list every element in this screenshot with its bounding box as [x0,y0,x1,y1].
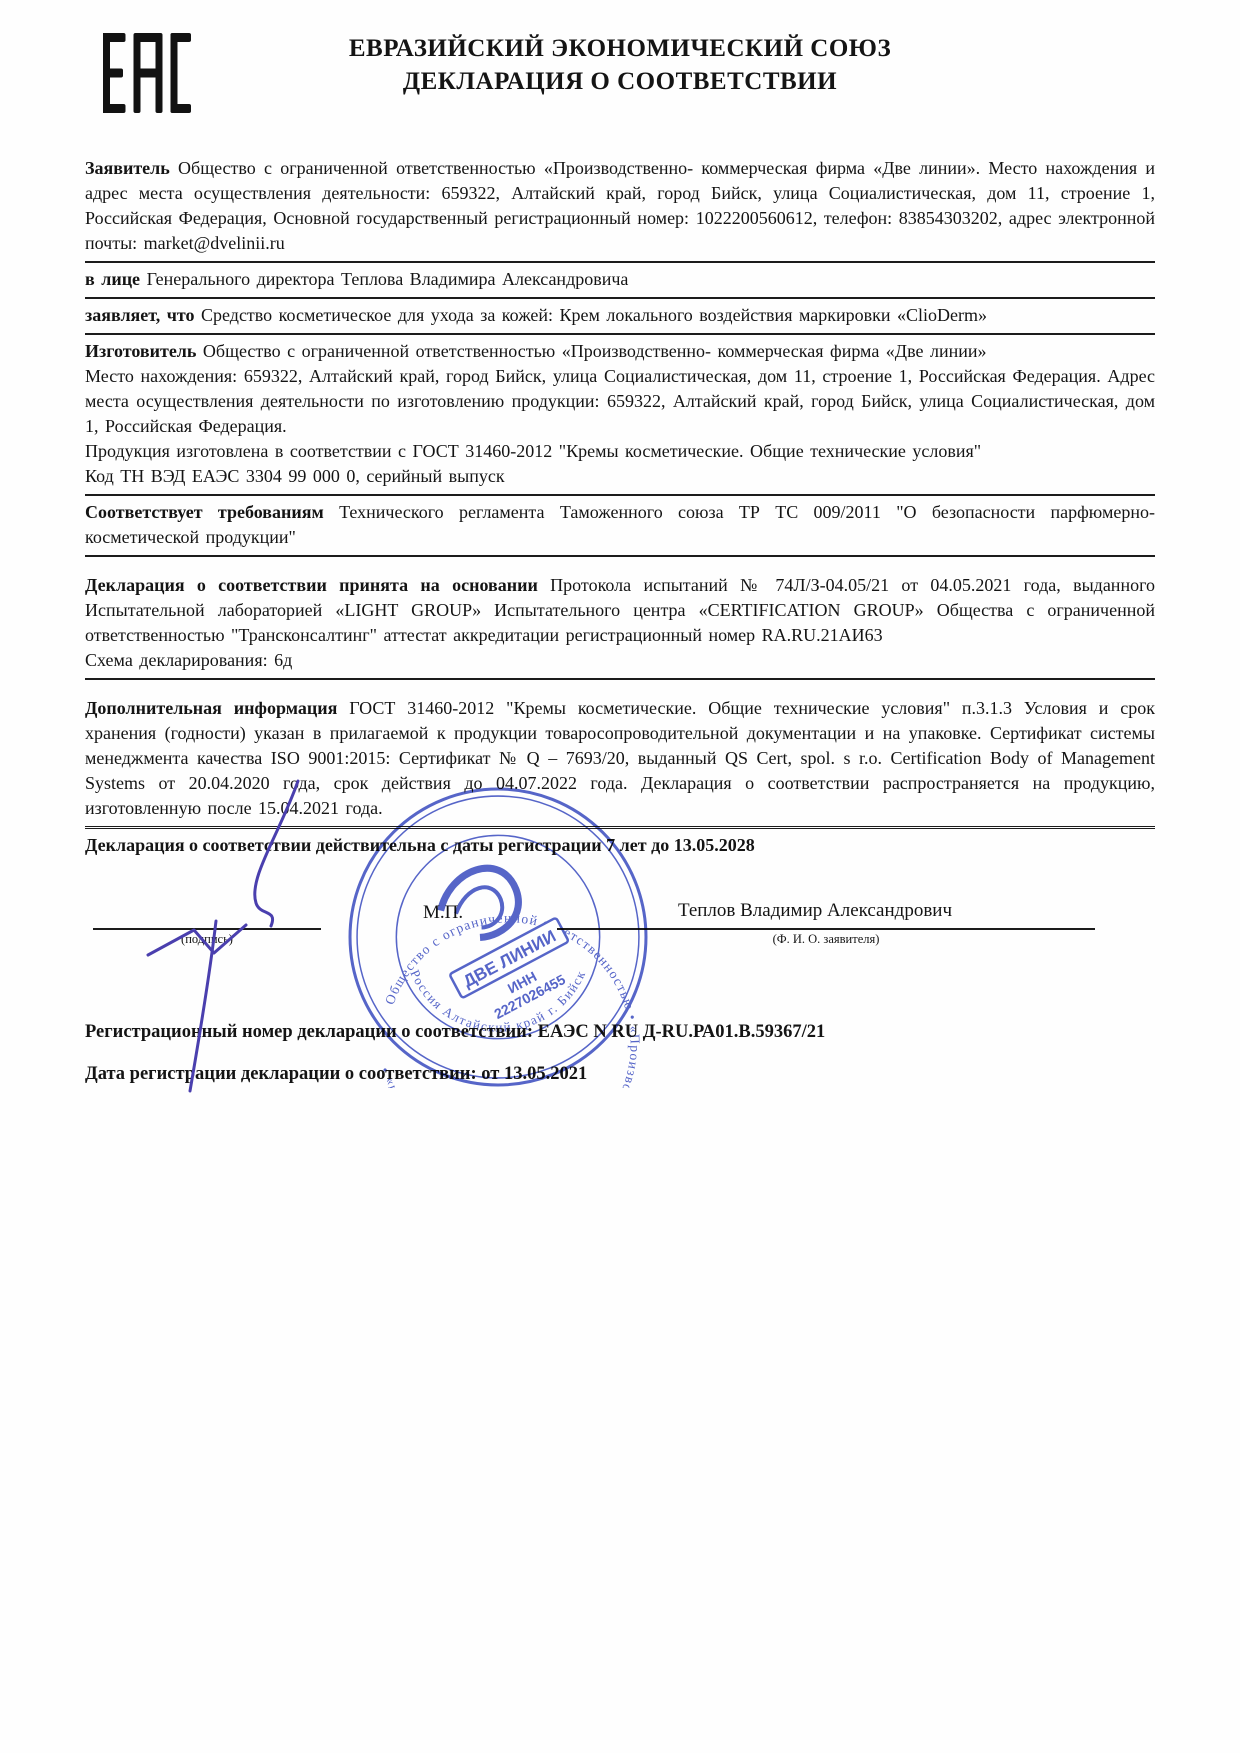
document-header: ЕВРАЗИЙСКИЙ ЭКОНОМИЧЕСКИЙ СОЮЗ ДЕКЛАРАЦИ… [85,28,1155,124]
declares-label: заявляет, что [85,305,195,325]
compliance-label: Соответствует требованиям [85,502,324,522]
document-title: ЕВРАЗИЙСКИЙ ЭКОНОМИЧЕСКИЙ СОЮЗ ДЕКЛАРАЦИ… [85,28,1155,98]
eac-logo-icon [103,32,191,114]
tnved-code: Код ТН ВЭД ЕАЭС 3304 99 000 0, серийный … [85,464,1155,489]
manufacturer-gost: Продукция изготовлена в соответствии с Г… [85,439,1155,464]
section-person: в лице Генерального директора Теплова Вл… [85,263,1155,297]
section-compliance: Соответствует требованиям Технического р… [85,496,1155,555]
title-line-1: ЕВРАЗИЙСКИЙ ЭКОНОМИЧЕСКИЙ СОЮЗ [85,32,1155,65]
manufacturer-label: Изготовитель [85,341,196,361]
person-label: в лице [85,269,140,289]
title-line-2: ДЕКЛАРАЦИЯ О СООТВЕТСТВИИ [85,65,1155,98]
person-text: Генерального директора Теплова Владимира… [147,269,629,289]
additional-label: Дополнительная информация [85,698,337,718]
spacer [85,680,1155,692]
spacer [85,557,1155,569]
section-manufacturer: Изготовитель Общество с ограниченной отв… [85,335,1155,494]
manufacturer-text: Общество с ограниченной ответственностью… [203,341,987,361]
section-applicant: Заявитель Общество с ограниченной ответс… [85,152,1155,261]
declaration-document: ЕВРАЗИЙСКИЙ ЭКОНОМИЧЕСКИЙ СОЮЗ ДЕКЛАРАЦИ… [0,0,1240,1753]
applicant-label: Заявитель [85,158,170,178]
company-stamp: Общество с ограниченной ответственностью… [347,786,649,1088]
manufacturer-address: Место нахождения: 659322, Алтайский край… [85,364,1155,439]
basis-label: Декларация о соответствии принята на осн… [85,575,538,595]
section-basis: Декларация о соответствии принята на осн… [85,569,1155,678]
scheme-text: Схема декларирования: 6д [85,648,1155,673]
signature-block: М.П. (подпись) Теплов Владимир Александр… [85,858,1155,1016]
applicant-text: Общество с ограниченной ответственностью… [85,158,1155,253]
section-declares: заявляет, что Средство косметическое для… [85,299,1155,333]
declares-text: Средство косметическое для ухода за коже… [201,305,987,325]
signature [130,773,350,1103]
